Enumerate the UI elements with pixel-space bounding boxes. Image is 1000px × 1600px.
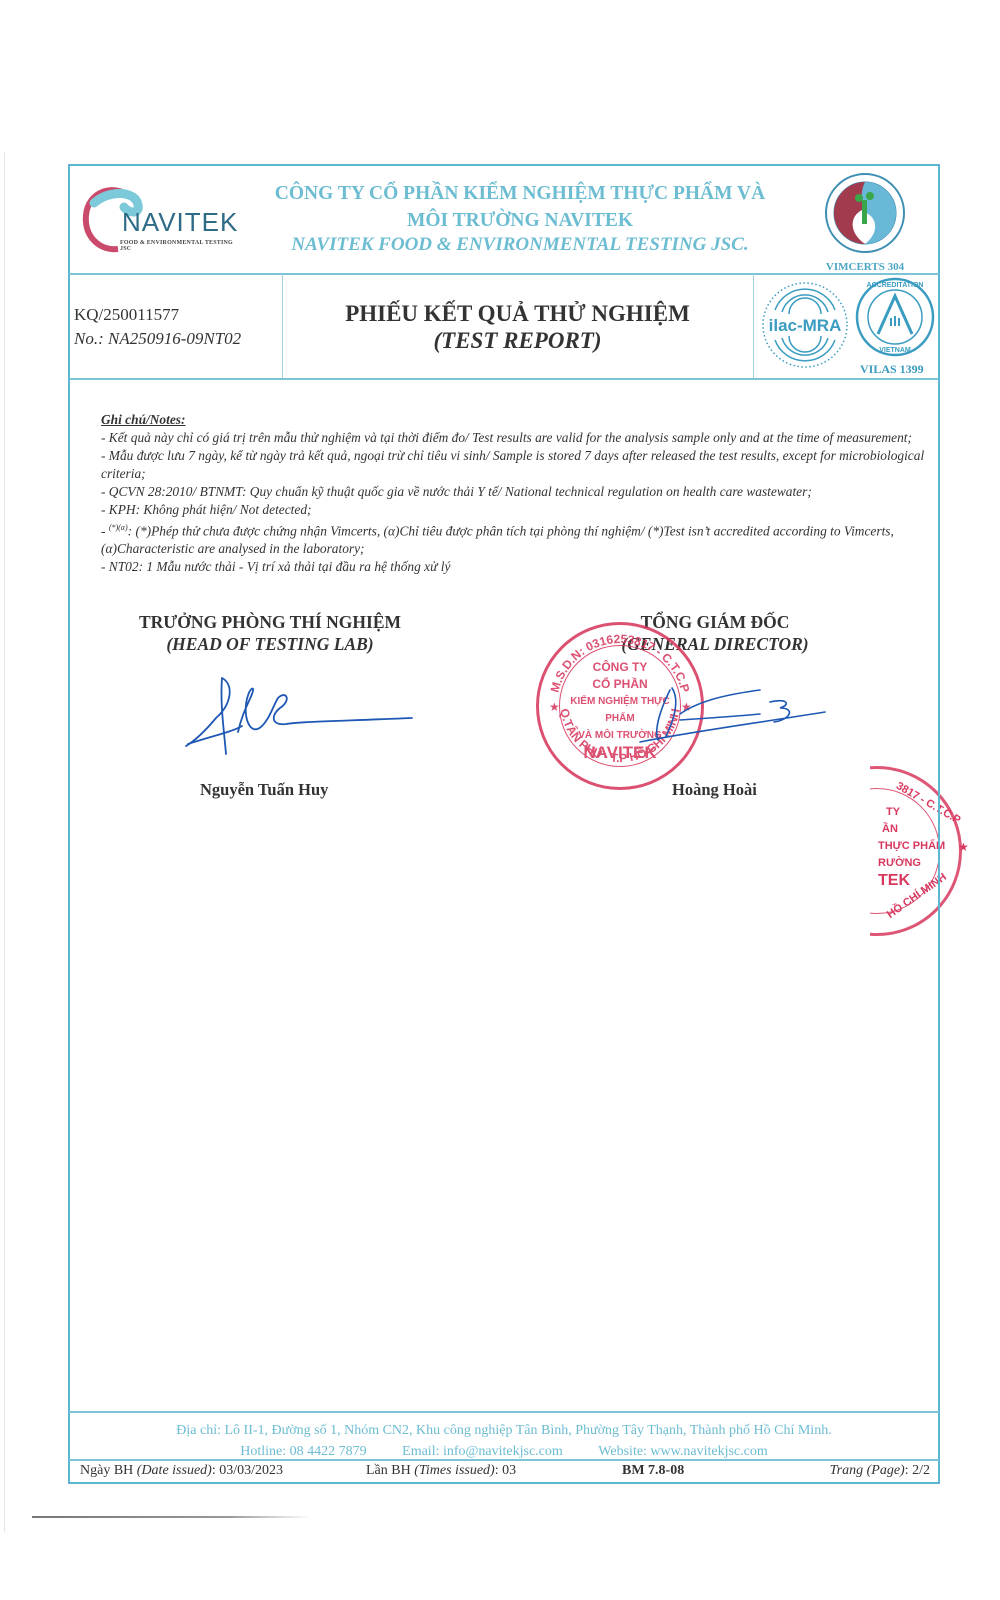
header-divider xyxy=(69,273,939,275)
ilac-mra-icon: ilac-MRA xyxy=(760,280,850,370)
page-value: : 2/2 xyxy=(905,1463,930,1478)
note-item: - (*)(α): (*)Phép thử chưa được chứng nh… xyxy=(101,519,936,558)
side-stamp-line: RƯỜNG xyxy=(878,855,945,872)
footer-address: Địa chỉ: Lô II-1, Đường số 1, Nhóm CN2, … xyxy=(70,1420,938,1441)
date-issued-label-en: (Date issued) xyxy=(137,1463,212,1478)
date-issued: Ngày BH (Date issued): 03/03/2023 xyxy=(80,1463,283,1479)
notes-section: Ghi chú/Notes: - Kết quả này chỉ có giá … xyxy=(101,411,936,576)
footer-hotline: Hotline: 08 4422 7879 xyxy=(240,1444,366,1459)
lab-head-title: TRƯỞNG PHÒNG THÍ NGHIỆM (HEAD OF TESTING… xyxy=(120,611,420,655)
scan-edge-line xyxy=(4,152,5,1532)
tai-nguyen-va-moi-truong-emblem-icon xyxy=(824,172,906,254)
company-name-vn-line1: CÔNG TY CỔ PHẦN KIỂM NGHIỆM THỰC PHẨM VÀ xyxy=(250,180,790,207)
form-code: BM 7.8-08 xyxy=(622,1463,684,1479)
note-item: - KPH: Không phát hiện/ Not detected; xyxy=(101,501,936,519)
svg-text:VIETNAM: VIETNAM xyxy=(879,347,911,354)
note-item: - Mẫu được lưu 7 ngày, kể từ ngày trả kế… xyxy=(101,447,936,483)
title-left-divider xyxy=(282,274,283,378)
lab-head-title-vn: TRƯỞNG PHÒNG THÍ NGHIỆM xyxy=(120,611,420,633)
side-stamp-star: ★ xyxy=(958,840,969,855)
footer-contacts: Hotline: 08 4422 7879 Email: info@navite… xyxy=(70,1441,938,1462)
footer-email[interactable]: Email: info@navitekjsc.com xyxy=(402,1444,563,1459)
lab-head-title-en: (HEAD OF TESTING LAB) xyxy=(120,633,420,655)
accreditation-logos: ilac-MRA ACCREDITATION VIETNAM VILAS 139… xyxy=(760,280,938,380)
company-name-vn-line2: MÔI TRƯỜNG NAVITEK xyxy=(250,207,790,234)
scan-bottom-line xyxy=(32,1516,312,1518)
times-issued-label-en: (Times issued) xyxy=(414,1463,495,1478)
stamp-line: CÔNG TY xyxy=(559,659,681,676)
page-label: Trang (Page) xyxy=(830,1463,905,1478)
date-issued-label: Ngày BH xyxy=(80,1463,137,1478)
report-number: No.: NA250916-09NT02 xyxy=(74,327,241,351)
svg-text:ilac-MRA: ilac-MRA xyxy=(769,316,842,335)
note-item: - QCVN 28:2010/ BTNMT: Quy chuẩn kỹ thuậ… xyxy=(101,483,936,501)
side-stamp-line: THỰC PHẨM xyxy=(878,838,945,855)
side-stamp-fragment: 3817 - C.T.C.P TY ẦN THỰC PHẨM RƯỜNG TEK… xyxy=(870,760,980,940)
company-name-vn: CÔNG TY CỔ PHẦN KIỂM NGHIỆM THỰC PHẨM VÀ… xyxy=(250,180,790,234)
lab-head-name: Nguyễn Tuấn Huy xyxy=(200,780,328,800)
report-title: PHIẾU KẾT QUẢ THỬ NGHIỆM (TEST REPORT) xyxy=(290,300,745,354)
side-stamp-line: TY xyxy=(878,804,945,821)
side-stamp-line: ẦN xyxy=(878,821,945,838)
note-item: - NT02: 1 Mẫu nước thải - Vị trí xả thải… xyxy=(101,558,936,576)
navitek-logo: NAVITEK FOOD & ENVIRONMENTAL TESTING JSC xyxy=(80,185,240,260)
footer-contact: Địa chỉ: Lô II-1, Đường số 1, Nhóm CN2, … xyxy=(70,1420,938,1462)
vimcerts-label: VIMCERTS 304 xyxy=(815,261,915,273)
svg-text:ACCREDITATION: ACCREDITATION xyxy=(867,282,924,289)
note-text: (*)Phép thử chưa được chứng nhận Vimcert… xyxy=(101,523,894,556)
vimcerts-badge: VIMCERTS 304 xyxy=(815,172,915,273)
company-name-en: NAVITEK FOOD & ENVIRONMENTAL TESTING JSC… xyxy=(250,234,790,256)
times-issued: Lần BH (Times issued): 03 xyxy=(366,1463,516,1479)
times-issued-value: : 03 xyxy=(495,1463,516,1478)
notes-heading: Ghi chú/Notes: xyxy=(101,411,936,429)
report-title-vn: PHIẾU KẾT QUẢ THỬ NGHIỆM xyxy=(290,300,745,327)
director-signature xyxy=(610,680,830,750)
report-title-en: (TEST REPORT) xyxy=(290,327,745,354)
vilas-label: VILAS 1399 xyxy=(860,362,924,377)
footer-website[interactable]: Website: www.navitekjsc.com xyxy=(598,1444,767,1459)
times-issued-label: Lần BH xyxy=(366,1463,414,1478)
footer-info-row: Ngày BH (Date issued): 03/03/2023 Lần BH… xyxy=(70,1461,938,1483)
footer-divider xyxy=(69,1411,939,1413)
note-superscript: (*)(α) xyxy=(109,523,128,532)
note-prefix: - xyxy=(101,523,109,538)
date-issued-value: : 03/03/2023 xyxy=(212,1463,283,1478)
note-item: - Kết quả này chỉ có giá trị trên mẫu th… xyxy=(101,429,936,447)
bureau-of-accreditation-vietnam-icon: ACCREDITATION VIETNAM xyxy=(854,276,936,358)
page-number: Trang (Page): 2/2 xyxy=(830,1463,930,1479)
frame-right-edge xyxy=(938,740,940,940)
lab-head-signature xyxy=(182,674,422,764)
logo-wordmark: NAVITEK xyxy=(122,207,238,238)
logo-tagline: FOOD & ENVIRONMENTAL TESTING JSC xyxy=(120,240,240,252)
report-ids: KQ/250011577 No.: NA250916-09NT02 xyxy=(74,303,241,351)
title-right-divider xyxy=(753,274,754,378)
director-name: Hoàng Hoài xyxy=(672,780,757,800)
kq-number: KQ/250011577 xyxy=(74,303,241,327)
